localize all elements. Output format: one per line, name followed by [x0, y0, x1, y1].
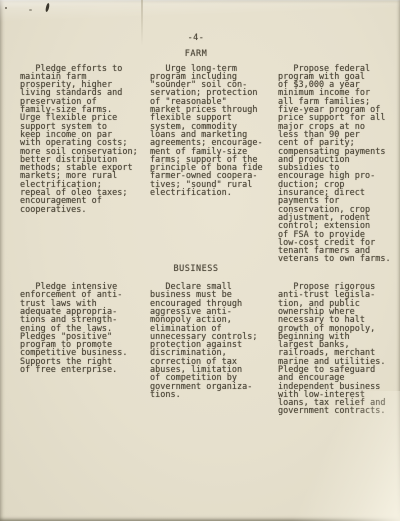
business-column-3: Propose rigorous anti-trust legisla- tio… [278, 283, 394, 416]
farm-columns: Pledge efforts to maintain farm prosperi… [20, 65, 394, 264]
page-number: -4- [9, 34, 383, 42]
business-column-1: Pledge intensive enforcement of anti- tr… [20, 283, 150, 374]
business-heading: BUSINESS [9, 265, 383, 273]
document-page: -4- FARM Pledge efforts to maintain farm… [0, 0, 400, 521]
ink-speck [5, 7, 7, 9]
page-content: -4- FARM Pledge efforts to maintain farm… [20, 0, 394, 416]
section-farm: FARM Pledge efforts to maintain farm pro… [20, 50, 394, 263]
farm-heading: FARM [9, 50, 383, 58]
business-columns: Pledge intensive enforcement of anti- tr… [20, 283, 394, 416]
farm-column-3: Propose federal program with goal of $3,… [278, 65, 394, 264]
section-business: BUSINESS Pledge intensive enforcement of… [20, 265, 394, 416]
farm-column-1: Pledge efforts to maintain farm prosperi… [20, 65, 150, 214]
business-column-2: Declare small business must be encourage… [150, 283, 278, 399]
farm-column-2: Urge long-term program including "sounde… [150, 65, 278, 198]
